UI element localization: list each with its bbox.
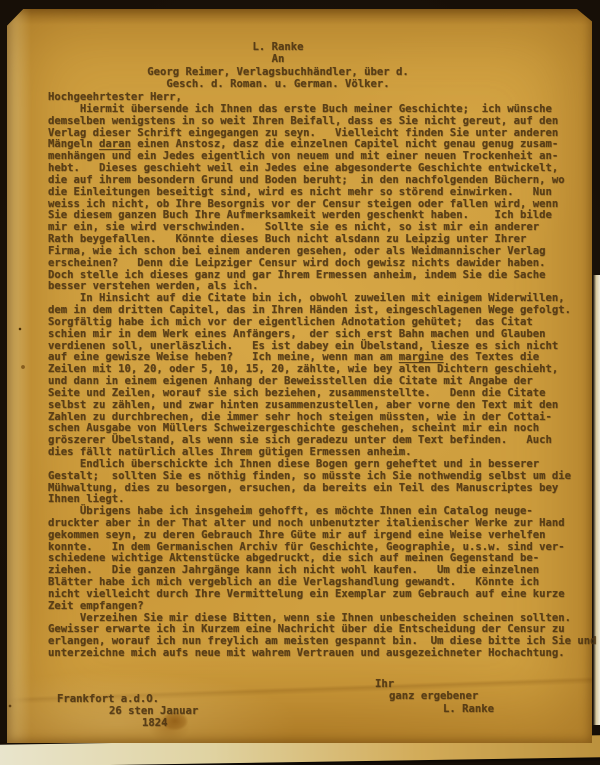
text-line: selbst zu zählen, und zwar hinten zusamm… xyxy=(48,400,597,412)
text-line: nicht vielleicht durch Ihre Vermittelung… xyxy=(48,589,597,601)
text-line: An xyxy=(48,53,508,65)
text-line: Zeit empfangen? xyxy=(48,601,597,613)
text-line: 26 sten Januar xyxy=(109,705,198,717)
text-line: Seite und Zeilen, worauf sie sich bezieh… xyxy=(48,388,597,400)
text-line: Sorgfältig habe ich mich vor der eigentl… xyxy=(48,317,597,329)
text-line: ganz ergebener xyxy=(389,690,494,702)
text-line: schien mir in dem Werk eines Anfängers, … xyxy=(48,329,597,341)
text-line: erscheinen? Denn die Leipziger Censur wi… xyxy=(48,258,597,270)
text-line: Endlich überschickte ich Ihnen diese Bog… xyxy=(48,459,597,471)
text-line: L. Ranke xyxy=(48,41,508,53)
underlined-word: margine xyxy=(399,351,444,363)
text-line: demselben wenigstens in so weit Ihren Be… xyxy=(48,116,597,128)
scanned-letter-page: L. RankeAnGeorg Reimer, Verlagsbuchhändl… xyxy=(0,0,600,765)
text-line: Georg Reimer, Verlagsbuchhändler, über d… xyxy=(48,66,508,78)
closing-signature: Ihrganz ergebenerL. Ranke xyxy=(375,678,494,715)
text-line: L. Ranke xyxy=(443,703,494,715)
text-line: gekommen seyn, zu deren Gebrauch Ihre Gü… xyxy=(48,530,597,542)
letter-body: Hiermit übersende ich Ihnen das erste Bu… xyxy=(48,104,597,660)
text-line: Firma, wie ich schon bei einem anderen g… xyxy=(48,246,597,258)
text-line: Frankfort a.d.O. xyxy=(57,693,198,705)
text-line: Mühwaltung, dies zu besorgen, ersuchen, … xyxy=(48,483,597,495)
closing-dateline: Frankfort a.d.O.26 sten Januar1824 xyxy=(57,693,198,729)
text-line: Gesch. d. Roman. u. German. Völker. xyxy=(48,78,508,90)
underlined-word: daran xyxy=(99,138,131,150)
text-line: Gestalt; sollten Sie es nöthig finden, s… xyxy=(48,471,597,483)
text-line: Ihr xyxy=(375,678,494,690)
text-line: die Einleitungen beseitigt sind, wird es… xyxy=(48,187,597,199)
text-line: 1824 xyxy=(142,717,198,729)
text-line: unterzeichne mich aufs neue mit wahrem V… xyxy=(48,648,597,660)
letter-header: L. RankeAnGeorg Reimer, Verlagsbuchhändl… xyxy=(48,41,508,90)
